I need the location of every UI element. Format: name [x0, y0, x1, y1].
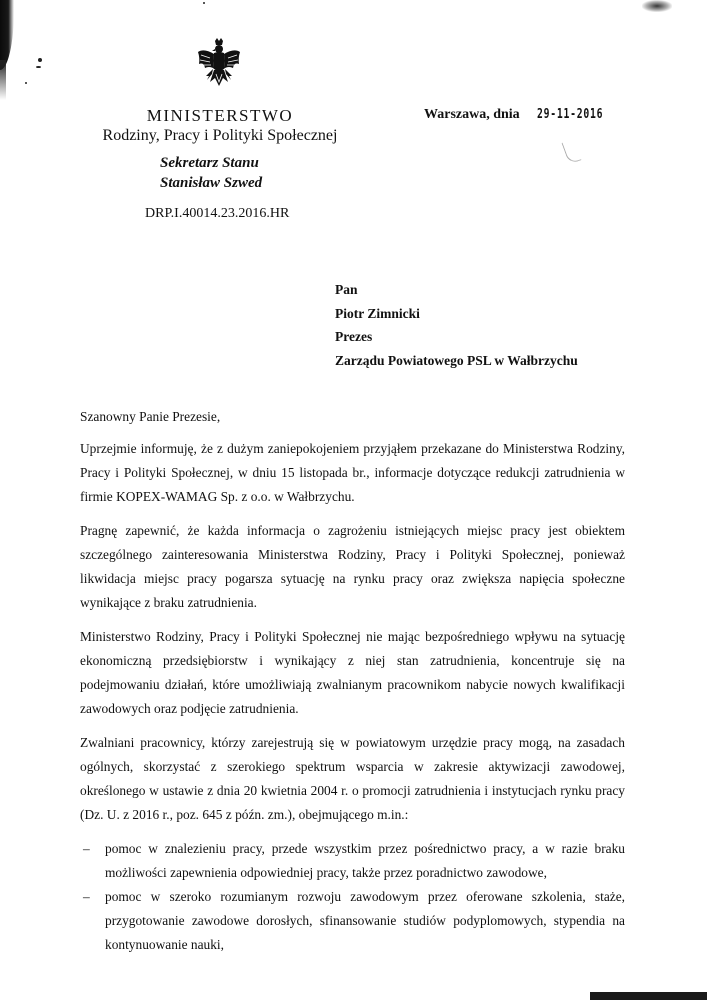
list-item: – pomoc w szeroko rozumianym rozwoju zaw… — [105, 885, 625, 957]
place-label: Warszawa, dnia — [424, 107, 520, 122]
salutation: Szanowny Panie Prezesie, — [80, 405, 625, 429]
reference-number: DRP.I.40014.23.2016.HR — [145, 206, 289, 222]
secretary-title: Sekretarz Stanu — [160, 153, 262, 173]
paragraph: Pragnę zapewnić, że każda informacja o z… — [80, 519, 625, 615]
letter-body: Szanowny Panie Prezesie, Uprzejmie infor… — [80, 405, 625, 957]
ministry-letterhead: MINISTERSTWO Rodziny, Pracy i Polityki S… — [90, 106, 350, 146]
scan-blot — [642, 0, 672, 12]
list-bullet: – — [83, 837, 90, 861]
list-item: – pomoc w znalezieniu pracy, przede wszy… — [105, 837, 625, 885]
recipient-address: Pan Piotr Zimnicki Prezes Zarządu Powiat… — [335, 278, 578, 372]
list-item-text: pomoc w znalezieniu pracy, przede wszyst… — [105, 841, 625, 880]
stamped-date: 29-11-2016 — [537, 107, 603, 122]
scan-speck — [203, 2, 205, 4]
secretary-name: Stanisław Szwed — [160, 173, 262, 193]
ministry-name: MINISTERSTWO — [90, 106, 350, 126]
scan-speck — [38, 58, 42, 62]
scan-edge-shadow-lower — [0, 60, 6, 100]
recipient-organization: Zarządu Powiatowego PSL w Wałbrzychu — [335, 349, 578, 373]
scan-speck — [36, 66, 41, 68]
recipient-honorific: Pan — [335, 278, 578, 302]
list-bullet: – — [83, 885, 90, 909]
pen-mark — [561, 138, 581, 164]
support-list: – pomoc w znalezieniu pracy, przede wszy… — [80, 837, 625, 957]
paragraph: Zwalniani pracownicy, którzy zarejestruj… — [80, 731, 625, 827]
scan-bottom-edge — [590, 992, 707, 1000]
recipient-position: Prezes — [335, 325, 578, 349]
place-and-date: Warszawa, dnia 29-11-2016 — [424, 107, 625, 123]
list-item-text: pomoc w szeroko rozumianym rozwoju zawod… — [105, 889, 625, 952]
ministry-department: Rodziny, Pracy i Polityki Społecznej — [90, 126, 350, 146]
signatory-block: Sekretarz Stanu Stanisław Szwed — [160, 153, 262, 193]
paragraph: Uprzejmie informuję, że z dużym zaniepok… — [80, 437, 625, 509]
polish-eagle-emblem-icon — [196, 38, 242, 90]
scan-speck — [25, 82, 27, 84]
recipient-name: Piotr Zimnicki — [335, 302, 578, 326]
paragraph: Ministerstwo Rodziny, Pracy i Polityki S… — [80, 625, 625, 721]
